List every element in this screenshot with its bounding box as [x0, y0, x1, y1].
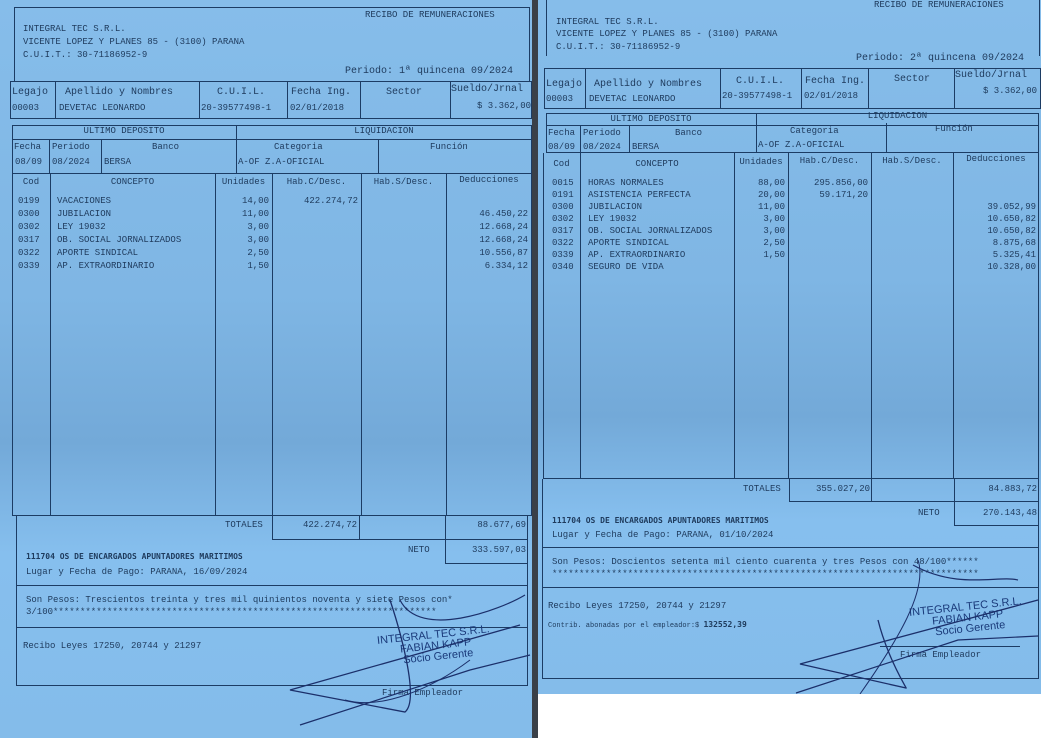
- signature-scribble: [538, 0, 1041, 694]
- white-background: [538, 694, 1041, 738]
- signature-scribble: [0, 0, 532, 738]
- receipt-1st-fortnight: RECIBO DE REMUNERACIONES INTEGRAL TEC S.…: [0, 0, 532, 738]
- receipt-2nd-fortnight: RECIBO DE REMUNERACIONES INTEGRAL TEC S.…: [538, 0, 1041, 694]
